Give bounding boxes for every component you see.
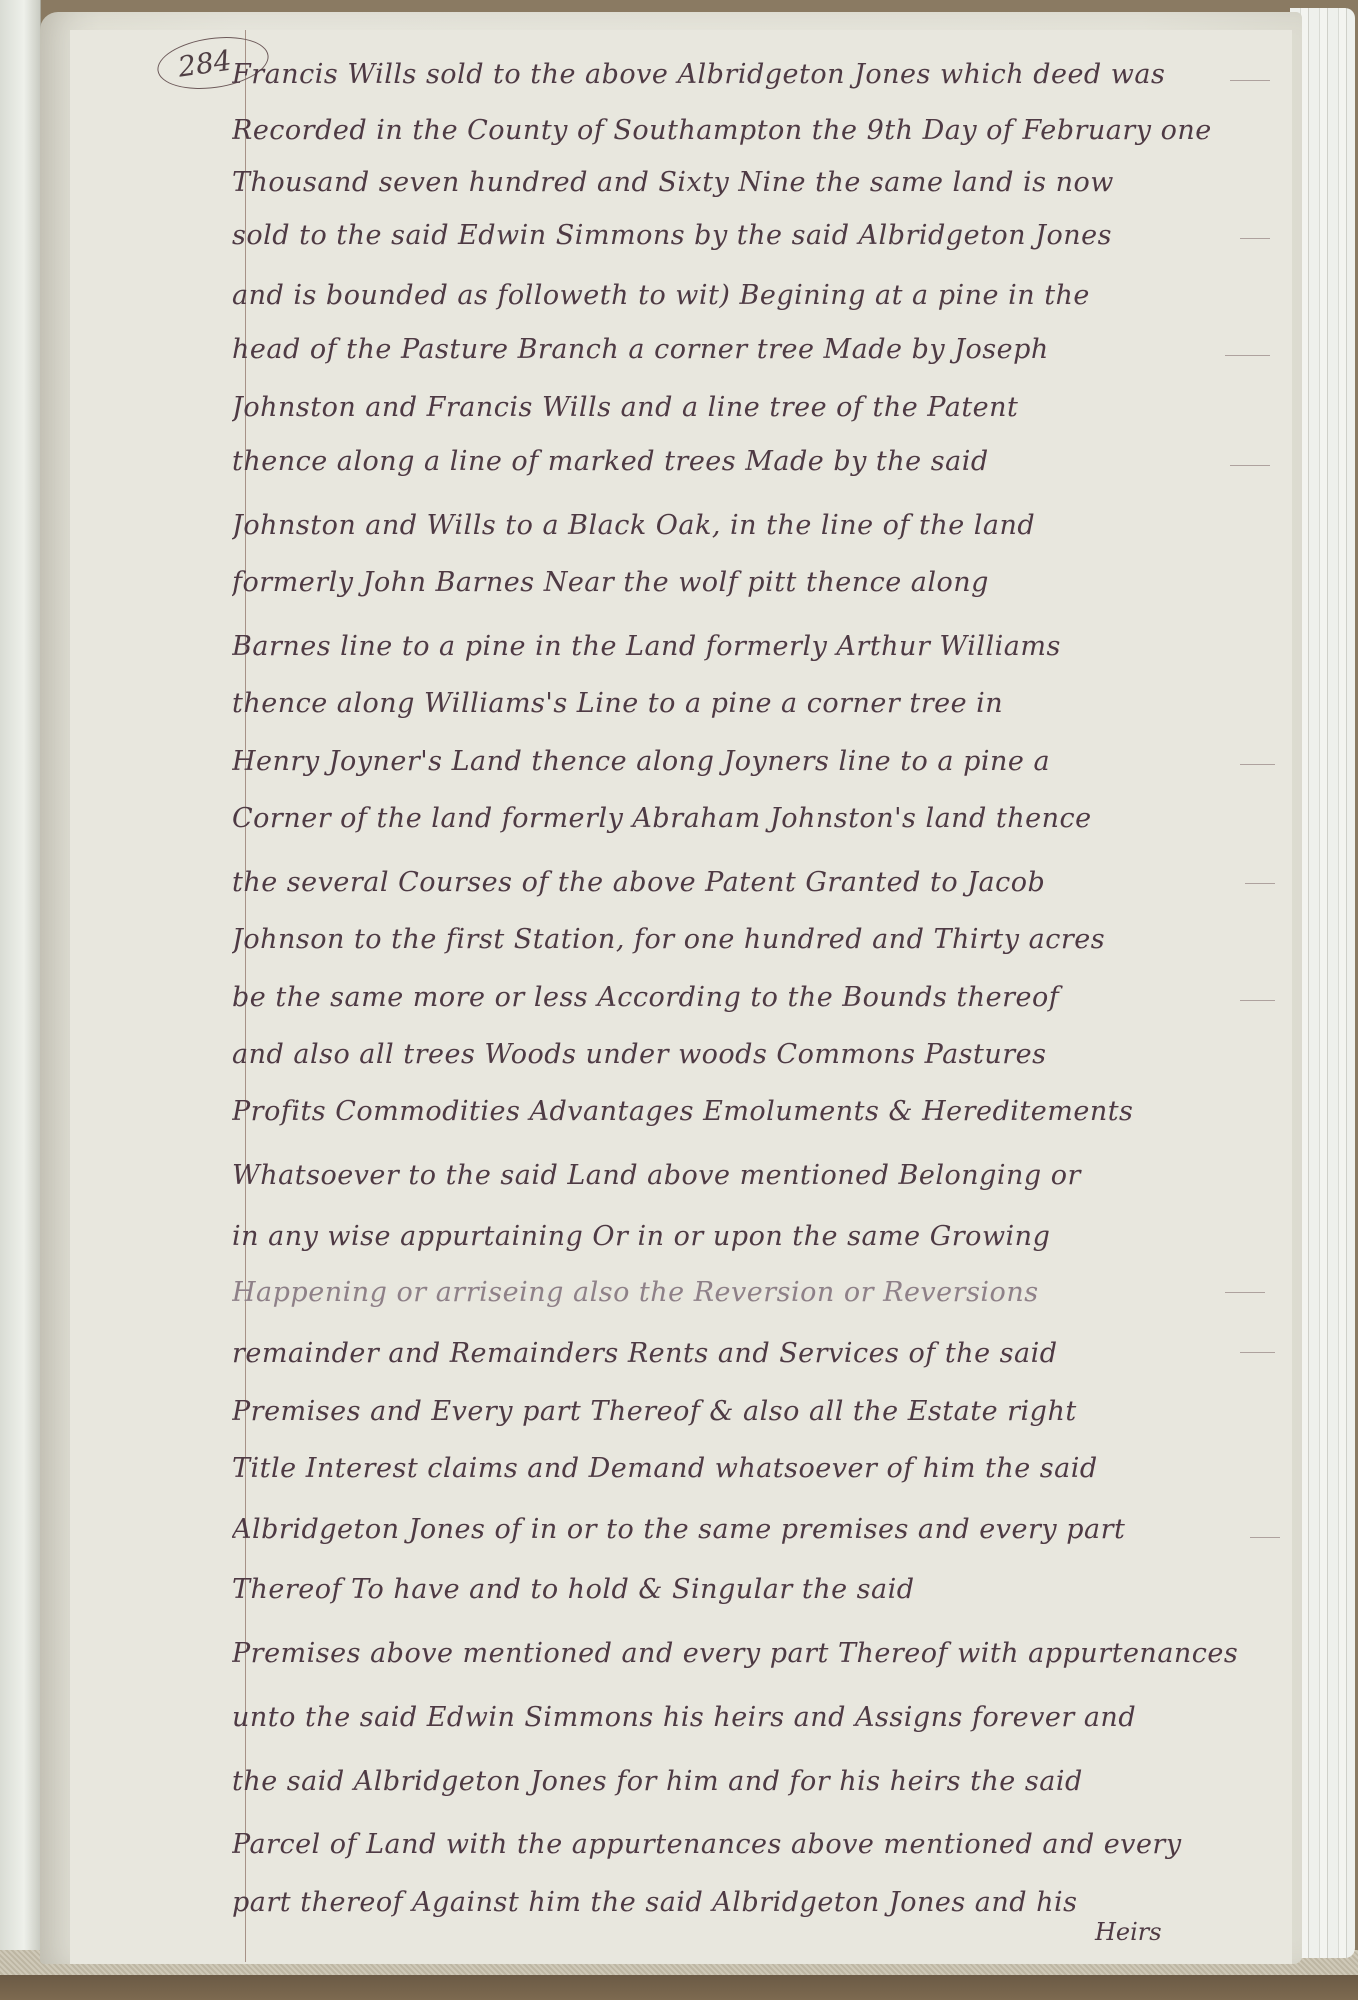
line-end-rule [1230, 465, 1270, 466]
text-line: Thousand seven hundred and Sixty Nine th… [232, 153, 1292, 213]
text-line: Premises and Every part Thereof & also a… [232, 1382, 1292, 1442]
text-line: be the same more or less According to th… [232, 968, 1292, 1028]
line-end-rule [1240, 238, 1270, 239]
line-end-rule [1225, 1292, 1265, 1293]
text-line: remainder and Remainders Rents and Servi… [232, 1324, 1292, 1384]
text-line: and also all trees Woods under woods Com… [232, 1025, 1292, 1085]
catchword: Heirs [1095, 1918, 1162, 1946]
line-end-rule [1240, 764, 1275, 765]
wooden-table [0, 1975, 1358, 2000]
text-line: in any wise appurtaining Or in or upon t… [232, 1207, 1292, 1267]
text-line: Profits Commodities Advantages Emolument… [232, 1082, 1292, 1142]
text-line: Francis Wills sold to the above Albridge… [232, 45, 1292, 105]
line-end-rule [1240, 1000, 1275, 1001]
text-line: Johnson to the first Station, for one hu… [232, 910, 1292, 970]
text-line: formerly John Barnes Near the wolf pitt … [232, 553, 1292, 613]
text-line: unto the said Edwin Simmons his heirs an… [232, 1688, 1292, 1748]
line-end-rule [1245, 883, 1275, 884]
text-line: Henry Joyner's Land thence along Joyners… [232, 732, 1292, 792]
text-line: Happening or arriseing also the Reversio… [232, 1263, 1292, 1323]
line-end-rule [1240, 1352, 1275, 1353]
text-line: and is bounded as followeth to wit) Begi… [232, 266, 1292, 326]
text-line: the said Albridgeton Jones for him and f… [232, 1752, 1292, 1812]
text-line: Title Interest claims and Demand whatsoe… [232, 1439, 1292, 1499]
line-end-rule [1250, 1537, 1280, 1538]
facing-page-edge [0, 0, 41, 1985]
line-end-rule [1230, 80, 1270, 81]
text-line: Johnston and Francis Wills and a line tr… [232, 378, 1292, 438]
text-line-to-have-and-to-hold: Thereof To have and to hold & Singular t… [232, 1560, 1292, 1620]
text-line: Recorded in the County of Southampton th… [232, 101, 1292, 161]
text-line: Whatsoever to the said Land above mentio… [232, 1146, 1292, 1206]
text-line: sold to the said Edwin Simmons by the sa… [232, 206, 1292, 266]
text-line: Albridgeton Jones of in or to the same p… [232, 1500, 1292, 1560]
text-line: the several Courses of the above Patent … [232, 853, 1292, 913]
text-line: Premises above mentioned and every part … [232, 1624, 1292, 1684]
text-line: thence along a line of marked trees Made… [232, 432, 1292, 492]
text-line: head of the Pasture Branch a corner tree… [232, 320, 1292, 380]
text-line: Parcel of Land with the appurtenances ab… [232, 1815, 1292, 1875]
text-line: Corner of the land formerly Abraham John… [232, 789, 1292, 849]
line-end-rule [1225, 355, 1270, 356]
text-line: Johnston and Wills to a Black Oak, in th… [232, 496, 1292, 556]
text-line: Barnes line to a pine in the Land former… [232, 617, 1292, 677]
text-line: thence along Williams's Line to a pine a… [232, 674, 1292, 734]
